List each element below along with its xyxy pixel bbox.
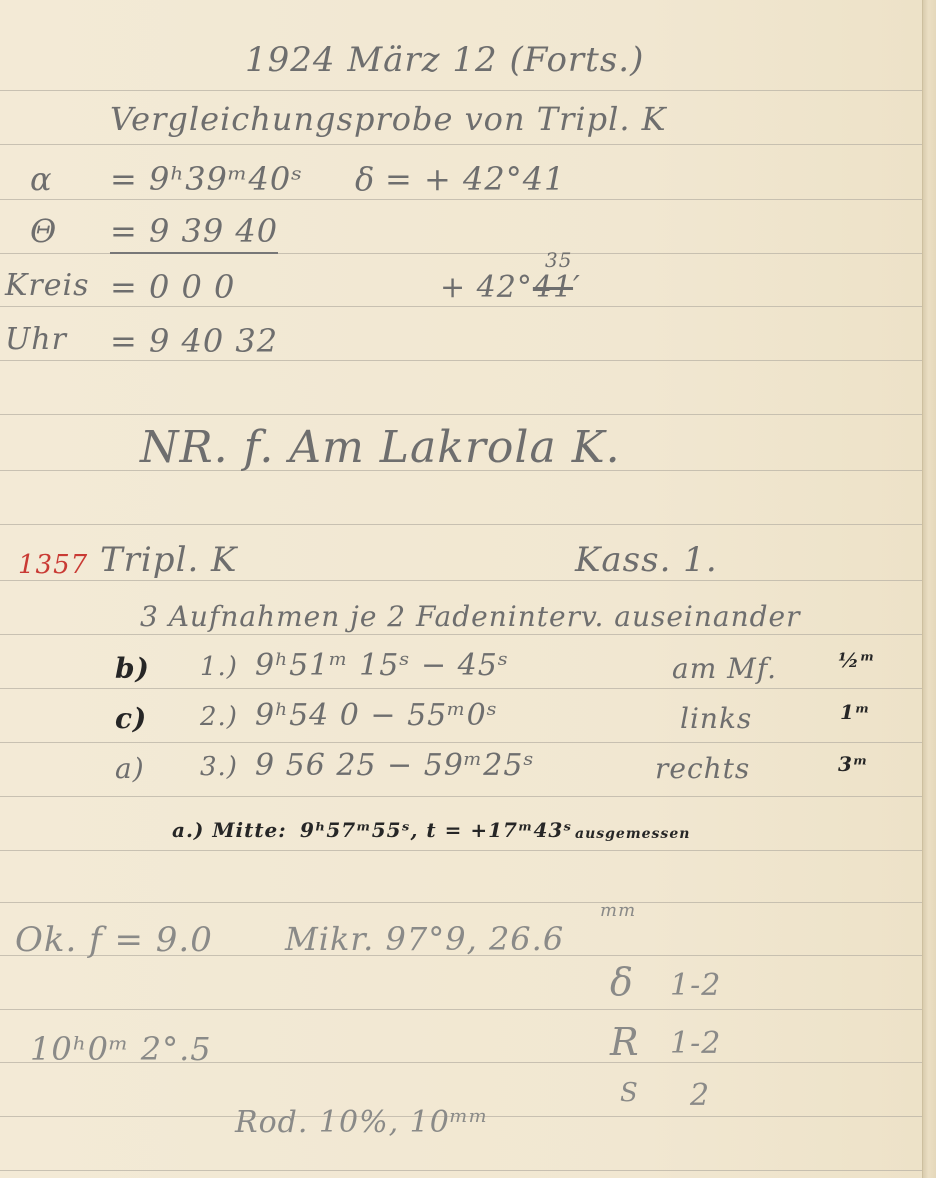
exposure-index: 3.) [200, 752, 238, 782]
kreis-decl-unit: ′ [573, 270, 581, 305]
note-remark: ausgemessen [575, 826, 690, 842]
rating-value: 1-2 [670, 1026, 721, 1061]
kreis-declination: + 42°41′ [440, 270, 581, 305]
ruled-line [0, 902, 922, 903]
mikrometer-unit: mm [600, 900, 636, 921]
alpha-value: = 9ʰ39ᵐ40ˢ [110, 160, 303, 198]
ruled-line [0, 580, 922, 581]
delta-label: δ [355, 160, 375, 198]
ruled-line [0, 306, 922, 307]
exposure-time: 9ʰ54 0 − 55ᵐ0ˢ [255, 698, 498, 733]
exposure-duration: 3ᵐ [838, 752, 869, 776]
alpha-label: α [30, 160, 53, 198]
exposure-time: 9 56 25 − 59ᵐ25ˢ [255, 748, 535, 783]
uhr-value: = 9 40 32 [110, 322, 278, 360]
exposure-time: 9ʰ51ᵐ 15ˢ − 45ˢ [255, 648, 509, 683]
date-line: 1924 März 12 (Forts.) [245, 40, 644, 80]
exposure-letter: c) [115, 702, 147, 735]
exposure-index: 2.) [200, 702, 238, 732]
ruled-line [0, 414, 922, 415]
uhr-label: Uhr [5, 322, 67, 357]
rod-reading: Rod. 10%, 10ᵐᵐ [235, 1105, 489, 1140]
kreis-decl-degrees: + 42° [440, 270, 533, 305]
note-value: 9ʰ57ᵐ55ˢ, t = +17ᵐ43ˢ [300, 818, 572, 842]
kreis-decl-correction: 35 [545, 248, 572, 272]
kreis-value: = 0 0 0 [110, 268, 235, 306]
note-label: a.) Mitte: [172, 818, 287, 842]
rating-label: S [620, 1078, 639, 1108]
ruled-line [0, 1009, 922, 1010]
ocular-setting: Ok. f = 9.0 [15, 920, 213, 960]
entry-cassette: Kass. 1. [575, 540, 718, 580]
exposure-duration: ½ᵐ [838, 648, 875, 672]
rating-label: δ [610, 960, 634, 1004]
ruled-line [0, 524, 922, 525]
entry-object: Tripl. K [100, 540, 237, 580]
exposure-letter: b) [115, 652, 150, 685]
entry-number: 1357 [18, 550, 88, 580]
exposure-letter: a) [115, 752, 145, 785]
exposure-position: links [680, 702, 752, 735]
ruled-line [0, 850, 922, 851]
theta-label: Θ [30, 212, 57, 250]
page-gutter [922, 0, 936, 1178]
time-temperature: 10ʰ0ᵐ 2°.5 [30, 1030, 212, 1068]
exposure-position: am Mf. [672, 652, 777, 685]
notebook-page: 1924 März 12 (Forts.) Vergleichungsprobe… [0, 0, 922, 1178]
rating-value: 2 [690, 1078, 710, 1113]
exposure-duration: 1ᵐ [840, 700, 871, 724]
exposure-index: 1.) [200, 652, 238, 682]
ruled-line [0, 634, 922, 635]
subtitle: Vergleichungsprobe von Tripl. K [110, 100, 667, 138]
rating-value: 1-2 [670, 968, 721, 1003]
ruled-line [0, 742, 922, 743]
ruled-line [0, 688, 922, 689]
kreis-decl-struck: 41 [533, 270, 573, 305]
rating-label: R [610, 1020, 640, 1064]
ruled-line [0, 360, 922, 361]
exposure-position: rechts [655, 752, 750, 785]
section-heading: NR. f. Am Lakrola K. [140, 422, 621, 473]
ruled-line [0, 90, 922, 91]
delta-value: = + 42°41 [385, 160, 565, 198]
ruled-line [0, 796, 922, 797]
entry-description: 3 Aufnahmen je 2 Fadeninterv. auseinande… [140, 600, 801, 633]
mikrometer-reading: Mikr. 97°9, 26.6 [285, 920, 564, 958]
kreis-label: Kreis [5, 268, 90, 303]
theta-value: = 9 39 40 [110, 212, 278, 254]
ruled-line [0, 199, 922, 200]
ruled-line [0, 144, 922, 145]
ruled-line [0, 1170, 922, 1171]
